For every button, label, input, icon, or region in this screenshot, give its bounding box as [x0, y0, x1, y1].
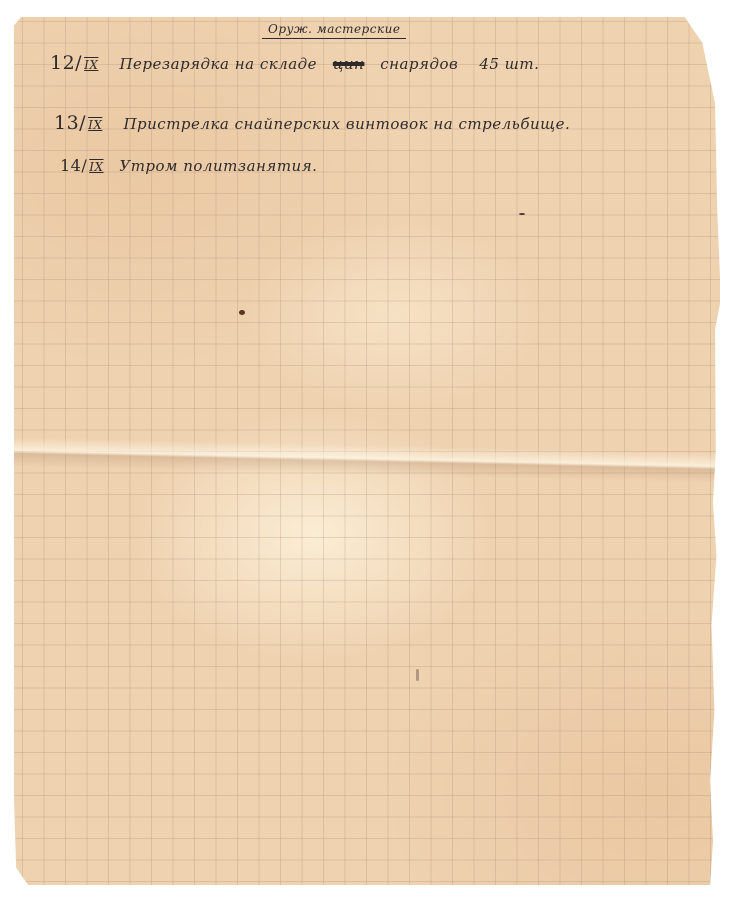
- entry-text-after: снарядов: [380, 55, 458, 73]
- entry-text: Перезарядка на складе: [119, 55, 317, 73]
- smudge-mark: [416, 669, 419, 681]
- notebook-page: Оруж. мастерские 12/IX Перезарядка на ск…: [14, 17, 720, 885]
- ink-spot: [239, 310, 245, 315]
- entry-row: 13/IX Пристрелка снайперских винтовок на…: [54, 112, 570, 134]
- entry-text: Пристрелка снайперских винтовок на стрел…: [123, 115, 570, 133]
- entry-amount: 45 шт.: [479, 55, 539, 73]
- pencil-mark: [519, 213, 525, 215]
- entry-row: 12/IX Перезарядка на складе цин снарядов…: [50, 52, 539, 74]
- struck-word: цин: [333, 55, 365, 73]
- entry-row: 14/IX Утром политзанятия.: [60, 156, 317, 175]
- entry-date-month: IX: [84, 58, 98, 72]
- entry-date-day: 14/: [60, 156, 87, 175]
- entry-date-month: IX: [88, 118, 102, 132]
- entry-date-day: 13/: [54, 112, 86, 134]
- entry-text: Утром политзанятия.: [119, 157, 317, 175]
- entry-date-day: 12/: [50, 52, 82, 74]
- page-heading: Оруж. мастерские: [262, 22, 406, 39]
- entry-date-month: IX: [89, 160, 103, 174]
